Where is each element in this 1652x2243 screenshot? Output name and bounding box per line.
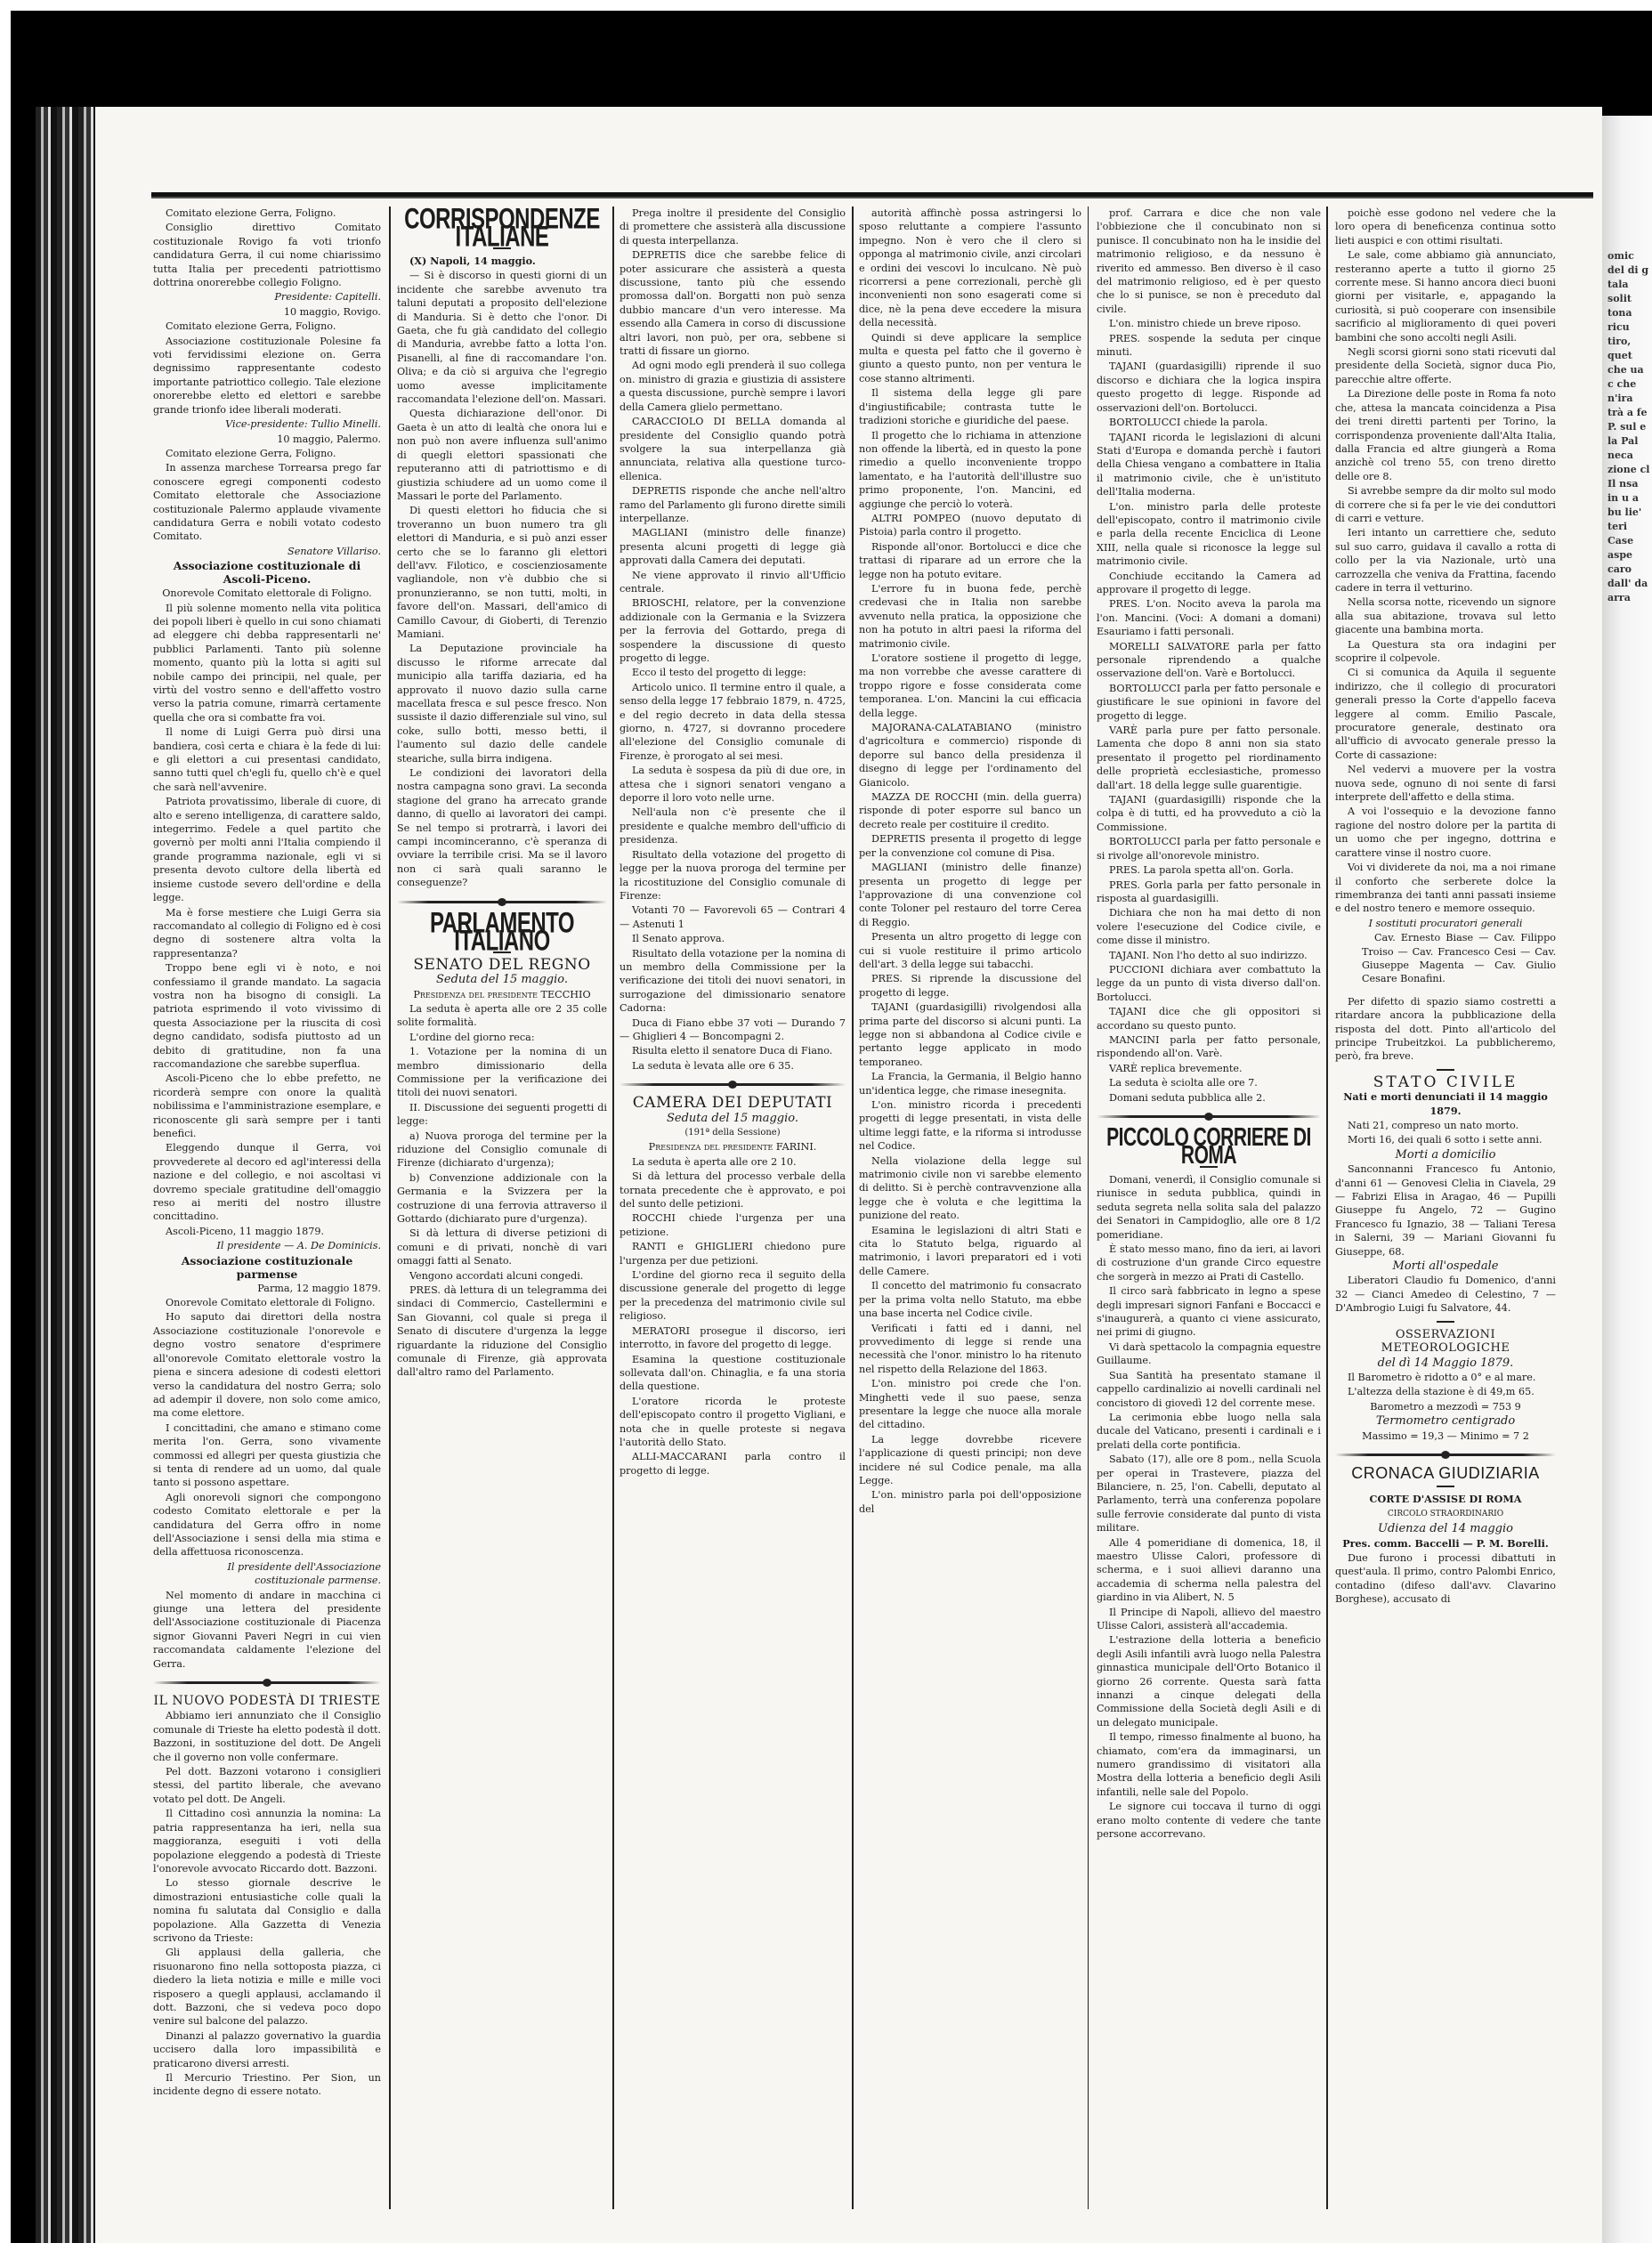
paragraph: Lo stesso giornale descrive le dimostraz…	[153, 1876, 381, 1945]
paragraph: Il concetto del matrimonio fu consacrato…	[859, 1279, 1081, 1320]
paragraph: Ascoli-Piceno che lo ebbe prefetto, ne r…	[153, 1072, 381, 1140]
paragraph: DEPRETIS risponde che anche nell'altro r…	[619, 484, 846, 525]
subheading: Morti all'ospedale	[1335, 1259, 1556, 1273]
paragraph: Quindi si deve applicare la semplice mul…	[859, 331, 1081, 386]
paragraph: Duca di Fiano ebbe 37 voti — Durando 7 —…	[619, 1016, 846, 1044]
meteo-line: L'altezza della stazione è di 49,m 65.	[1335, 1385, 1556, 1398]
signature: Senatore Villariso.	[153, 545, 381, 558]
paragraph: Ecco il testo del progetto di legge:	[619, 666, 846, 679]
death-list: Sanconnanni Francesco fu Antonio, d'anni…	[1335, 1162, 1556, 1259]
paragraph: PUCCIONI dichiara aver combattuto la leg…	[1097, 963, 1321, 1004]
paragraph: L'estrazione della lotteria a beneficio …	[1097, 1633, 1321, 1729]
paragraph: Eleggendo dunque il Gerra, voi provveder…	[153, 1141, 381, 1223]
barometer-reading: Barometro a mezzodì = 753 9	[1335, 1400, 1556, 1413]
paragraph: Il nome di Luigi Gerra può dirsi una ban…	[153, 725, 381, 794]
paragraph: A voi l'ossequio e la devozione fanno ra…	[1335, 805, 1556, 860]
paragraph: Risultato della votazione del progetto d…	[619, 848, 846, 903]
paragraph: BORTOLUCCI parla per fatto personale e s…	[1097, 835, 1321, 862]
vote-label: Votanti	[632, 904, 668, 916]
vote-label: Contrari	[792, 904, 835, 916]
column-divider	[1326, 206, 1328, 2209]
births: Nati 21, compreso un nato morto.	[1335, 1119, 1556, 1132]
section-heading: Associazione costituzionale parmense	[153, 1254, 381, 1281]
paragraph: CARACCIOLO DI BELLA domanda al president…	[619, 415, 846, 483]
paragraph: BORTOLUCCI chiede la parola.	[1097, 416, 1321, 429]
court-name: CORTE D'ASSISE DI ROMA	[1335, 1493, 1556, 1506]
paragraph: Esamina le legislazioni di altri Stati e…	[859, 1224, 1081, 1279]
paragraph: L'ordine del giorno reca:	[397, 1031, 607, 1044]
meteo-date: del dì 14 Maggio 1879.	[1335, 1356, 1556, 1370]
dateline: 10 maggio, Palermo.	[153, 433, 381, 446]
paragraph: Articolo unico. Il termine entro il qual…	[619, 681, 846, 763]
section-divider	[1335, 1453, 1556, 1456]
vote-label: Astenuti	[633, 919, 675, 930]
paragraph: Verificati i fatti ed i danni, nel provv…	[859, 1322, 1081, 1377]
stacked-page-edges	[36, 107, 98, 2243]
paragraph: RANTI e GHIGLIERI chiedono pure l'urgenz…	[619, 1240, 846, 1267]
section-divider	[1097, 1115, 1321, 1118]
paragraph: La Francia, la Germania, il Belgio hanno…	[859, 1070, 1081, 1097]
telegram-heading: Comitato elezione Gerra, Foligno.	[153, 320, 381, 333]
session-number: (191ª della Sessione)	[619, 1126, 846, 1139]
column-5: prof. Carrara e dice che non vale l'obbi…	[1097, 206, 1321, 1842]
section-divider	[397, 901, 607, 903]
paragraph: Vengono accordati alcuni congedi.	[397, 1269, 607, 1283]
paragraph: Domani, venerdì, il Consiglio comunale s…	[1097, 1173, 1321, 1242]
paragraph: prof. Carrara e dice che non vale l'obbi…	[1097, 206, 1321, 316]
column-3: Prega inoltre il presidente del Consigli…	[619, 206, 846, 1478]
section-heading: CORRISPONDENZE ITALIANE	[397, 210, 607, 254]
paragraph: Ad ogni modo egli prenderà il suo colleg…	[619, 359, 846, 414]
column-6: poichè esse godono nel vedere che la lor…	[1335, 206, 1556, 1607]
paragraph: Risponde all'onor. Bortolucci e dice che…	[859, 540, 1081, 581]
paragraph: La seduta è sospesa da più di due ore, i…	[619, 764, 846, 805]
paragraph: Le signore cui toccava il turno di oggi …	[1097, 1800, 1321, 1841]
paragraph: VARÈ replica brevemente.	[1097, 1062, 1321, 1075]
paragraph: BRIOSCHI, relatore, per la convenzione a…	[619, 596, 846, 665]
paragraph: MAJORANA-CALATABIANO (ministro d'agricol…	[859, 721, 1081, 790]
dash-divider	[1437, 1069, 1454, 1071]
paragraph: La seduta è sciolta alle ore 7.	[1097, 1076, 1321, 1089]
circolo: CIRCOLO STRAORDINARIO	[1335, 1508, 1556, 1521]
subsection-heading: SENATO DEL REGNO	[397, 959, 607, 972]
paragraph: Voi vi dividerete da noi, ma a noi riman…	[1335, 861, 1556, 916]
paragraph: Ne viene approvato il rinvio all'Ufficio…	[619, 569, 846, 596]
paragraph: 1. Votazione per la nomina di un membro …	[397, 1045, 607, 1100]
paragraph: L'oratore ricorda le proteste dell'episc…	[619, 1395, 846, 1450]
telegram-body: In assenza marchese Torrearsa prego far …	[153, 461, 381, 543]
section-divider	[619, 1083, 846, 1086]
paragraph: PRES. dà lettura di un telegramma dei si…	[397, 1283, 607, 1380]
dash-divider	[1437, 1486, 1454, 1487]
column-divider	[852, 206, 854, 2209]
signature: Presidente: Capitelli.	[153, 290, 381, 304]
paragraph: TAJANI (guardasigilli) rivolgendosi alla…	[859, 1000, 1081, 1069]
next-page-edge: omic del di g tala solit tona ricu tiro,…	[1602, 116, 1652, 2243]
paragraph: È stato messo mano, fino da ieri, ai lav…	[1097, 1243, 1321, 1283]
subheading: Morti a domicilio	[1335, 1148, 1556, 1162]
paragraph: PRES. Gorla parla per fatto personale in…	[1097, 879, 1321, 906]
section-heading: STATO CIVILE	[1335, 1076, 1556, 1089]
paragraph: Si dà lettura del processo verbale della…	[619, 1170, 846, 1211]
presidency: Presidenza del presidente TECCHIO	[397, 988, 607, 1001]
paragraph: ALLI-MACCARANI parla contro il progetto …	[619, 1450, 846, 1478]
column-divider	[389, 206, 391, 2209]
paragraph: I concittadini, che amano e stimano come…	[153, 1421, 381, 1490]
paragraph: Conchiude eccitando la Camera ad approva…	[1097, 570, 1321, 597]
section-divider	[153, 1681, 381, 1684]
paragraph: TAJANI. Non l'ho detto al suo indirizzo.	[1097, 949, 1321, 962]
paragraph: MAZZA DE ROCCHI (min. della guerra) risp…	[859, 790, 1081, 831]
section-heading: Associazione costituzionale di Ascoli-Pi…	[153, 559, 381, 586]
paragraph: Agli onorevoli signori che compongono co…	[153, 1491, 381, 1559]
paragraph: Il più solenne momento nella vita politi…	[153, 602, 381, 725]
paragraph: Domani seduta pubblica alle 2.	[1097, 1091, 1321, 1105]
telegram-heading: Comitato elezione Gerra, Foligno.	[153, 447, 381, 460]
section-heading: PARLAMENTO ITALIANO	[397, 914, 607, 958]
paragraph: MAGLIANI (ministro delle finanze) presen…	[619, 526, 846, 567]
dateline: Parma, 12 maggio 1879.	[153, 1282, 381, 1295]
paragraph: La Questura sta ora indagini per scoprir…	[1335, 638, 1556, 666]
paragraph: MANCINI parla per fatto personale, rispo…	[1097, 1033, 1321, 1061]
top-rule	[151, 192, 1593, 198]
section-heading: PICCOLO CORRIERE DI ROMA	[1097, 1129, 1321, 1172]
paragraph: Il sistema della legge gli pare d'ingius…	[859, 386, 1081, 427]
paragraph: MORELLI SALVATORE parla per fatto person…	[1097, 640, 1321, 681]
column-divider	[1088, 206, 1089, 2209]
paragraph: L'oratore sostiene il progetto di legge,…	[859, 652, 1081, 720]
paragraph: Le sale, come abbiamo già annunciato, re…	[1335, 248, 1556, 344]
subheading: Termometro centigrado	[1335, 1414, 1556, 1428]
presidency: Pres. comm. Baccelli — P. M. Borelli.	[1335, 1537, 1556, 1551]
paragraph: Il Principe di Napoli, allievo del maest…	[1097, 1606, 1321, 1633]
paragraph: TAJANI ricorda le legislazioni di alcuni…	[1097, 431, 1321, 499]
paragraph: La seduta è levata alle ore 6 35.	[619, 1059, 846, 1073]
session-date: Udienza del 14 maggio	[1335, 1522, 1556, 1535]
stato-intro: Nati e morti denunciati il 14 maggio 187…	[1335, 1090, 1556, 1118]
paragraph: ROCCHI chiede l'urgenza per una petizion…	[619, 1211, 846, 1239]
column-2: CORRISPONDENZE ITALIANE(X) Napoli, 14 ma…	[397, 206, 607, 1381]
note: Per difetto di spazio siamo costretti a …	[1335, 995, 1556, 1064]
paragraph: Negli scorsi giorni sono stati ricevuti …	[1335, 345, 1556, 386]
paragraph: a) Nuova proroga del termine per la ridu…	[397, 1130, 607, 1170]
paragraph: Il tempo, rimesso finalmente al buono, h…	[1097, 1730, 1321, 1799]
telegram-heading: Comitato elezione Gerra, Foligno.	[153, 206, 381, 220]
dateline: Ascoli-Piceno, 11 maggio 1879.	[153, 1225, 381, 1238]
paragraph: La seduta è aperta alle ore 2 35 colle s…	[397, 1002, 607, 1030]
paragraph: Nella violazione della legge sul matrimo…	[859, 1154, 1081, 1223]
paragraph: Le condizioni dei lavoratori della nostr…	[397, 766, 607, 890]
paragraph: II. Discussione dei seguenti progetti di…	[397, 1101, 607, 1129]
paragraph: b) Convenzione addizionale con la German…	[397, 1171, 607, 1227]
column-4: autorità affinchè possa astringersi lo s…	[859, 206, 1081, 1517]
meteo-line: Il Barometro è ridotto a 0° e al mare.	[1335, 1371, 1556, 1384]
paragraph: Nel vedervi a muovere per la vostra nuov…	[1335, 763, 1556, 804]
paragraph: MAGLIANI (ministro delle finanze) presen…	[859, 861, 1081, 929]
section-heading: OSSERVAZIONI METEOROLOGICHE	[1335, 1328, 1556, 1356]
paragraph: Patriota provatissimo, liberale di cuore…	[153, 795, 381, 904]
paragraph: poichè esse godono nel vedere che la lor…	[1335, 206, 1556, 247]
paragraph: MERATORI prosegue il discorso, ieri inte…	[619, 1324, 846, 1352]
paragraph: PRES. Si riprende la discussione del pro…	[859, 972, 1081, 1000]
death-list: Liberatori Claudio fu Domenico, d'anni 3…	[1335, 1274, 1556, 1315]
paragraph: L'errore fu in buona fede, perchè credev…	[859, 582, 1081, 651]
paragraph: Abbiamo ieri annunziato che il Consiglio…	[153, 1709, 381, 1764]
paragraph: PRES. sospende la seduta per cinque minu…	[1097, 332, 1321, 360]
paragraph: Vi darà spettacolo la compagnia equestre…	[1097, 1340, 1321, 1368]
paragraph: Gli applausi della galleria, che risuona…	[153, 1946, 381, 2028]
paragraph: Alle 4 pomeridiane di domenica, 18, il m…	[1097, 1536, 1321, 1605]
paragraph: Questa dichiarazione dell'onor. Di Gaeta…	[397, 407, 607, 503]
paragraph: PRES. La parola spetta all'on. Gorla.	[1097, 863, 1321, 877]
paragraph: Troppo bene egli vi è noto, e noi confes…	[153, 961, 381, 1071]
paragraph: La seduta è aperta alle ore 2 10.	[619, 1155, 846, 1169]
next-page-fragment: omic del di g tala solit tona ricu tiro,…	[1607, 249, 1652, 605]
column-1: Comitato elezione Gerra, Foligno.Consigl…	[153, 206, 381, 2100]
signature: Il presidente — A. De Dominicis.	[153, 1239, 381, 1252]
paragraph: Nella scorsa notte, ricevendo un signore…	[1335, 595, 1556, 636]
vote-label: Favorevoli	[704, 904, 757, 916]
paragraph: Ma è forse mestiere che Luigi Gerra sia …	[153, 906, 381, 961]
paragraph: Risulta eletto il senatore Duca di Fiano…	[619, 1044, 846, 1057]
paragraph: L'ordine del giorno reca il seguito dell…	[619, 1268, 846, 1324]
paragraph: DEPRETIS dice che sarebbe felice di pote…	[619, 248, 846, 358]
salutation: Onorevole Comitato elettorale di Foligno…	[153, 587, 381, 600]
thermometer-reading: Massimo = 19,3 — Minimo = 7 2	[1335, 1429, 1556, 1443]
paragraph: Nell'aula non c'è presente che il presid…	[619, 806, 846, 846]
paragraph: Due furono i processi dibattuti in quest…	[1335, 1551, 1556, 1607]
paragraph: L'on. ministro poi crede che l'on. Mingh…	[859, 1377, 1081, 1432]
signature: Il presidente dell'Associazione costituz…	[153, 1560, 381, 1588]
paragraph: — Si è discorso in questi giorni di un i…	[397, 269, 607, 406]
paragraph: Onorevole Comitato elettorale di Foligno…	[153, 1296, 381, 1309]
paragraph: Il Mercurio Triestino. Per Sion, un inci…	[153, 2071, 381, 2099]
paragraph: L'on. ministro chiede un breve riposo.	[1097, 317, 1321, 330]
paragraph: Di questi elettori ho fiducia che si tro…	[397, 504, 607, 641]
dateline: 10 maggio, Rovigo.	[153, 305, 381, 319]
session-date: Seduta del 15 maggio.	[619, 1112, 846, 1125]
subsection-heading: CAMERA DEI DEPUTATI	[619, 1097, 846, 1110]
paragraph: Il Cittadino così annunzia la nomina: La…	[153, 1807, 381, 1875]
paragraph: La Deputazione provinciale ha discusso l…	[397, 642, 607, 765]
section-heading: CRONACA GIUDIZIARIA	[1335, 1467, 1556, 1480]
paragraph: Pel dott. Bazzoni votarono i consiglieri…	[153, 1765, 381, 1806]
paragraph: L'on. ministro parla delle proteste dell…	[1097, 500, 1321, 569]
paragraph: Il Senato approva.	[619, 932, 846, 945]
vote-value: 1	[678, 919, 684, 930]
paragraph: Dichiara che non ha mai detto di non vol…	[1097, 906, 1321, 947]
paragraph: ALTRI POMPEO (nuovo deputato di Pistoia)…	[859, 512, 1081, 539]
paragraph: Ci si comunica da Aquila il seguente ind…	[1335, 666, 1556, 762]
paragraph: VARÈ parla pure per fatto personale. Lam…	[1097, 724, 1321, 792]
deaths: Morti 16, dei quali 6 sotto i sette anni…	[1335, 1133, 1556, 1146]
paragraph: Si avrebbe sempre da dir molto sul modo …	[1335, 484, 1556, 525]
paragraph: La cerimonia ebbe luogo nella sala ducal…	[1097, 1411, 1321, 1452]
paragraph: Dinanzi al palazzo governativo la guardi…	[153, 2029, 381, 2070]
session-date: Seduta del 15 maggio.	[397, 973, 607, 986]
paragraph: Nel momento di andare in macchina ci giu…	[153, 1589, 381, 1671]
vote-results: Votanti 70 — Favorevoli 65 — Contrari 4 …	[619, 903, 846, 931]
paragraph: TAJANI (guardasigilli) riprende il suo d…	[1097, 360, 1321, 415]
paragraph: Prega inoltre il presidente del Consigli…	[619, 206, 846, 247]
paragraph: Ho saputo dai direttori della nostra Ass…	[153, 1310, 381, 1420]
paragraph: Si dà lettura di diverse petizioni di co…	[397, 1227, 607, 1267]
paragraph: Il progetto che lo richiama in attenzion…	[859, 429, 1081, 511]
paragraph: Presenta un altro progetto di legge con …	[859, 930, 1081, 971]
signatories: Cav. Ernesto Biase — Cav. Filippo Troiso…	[1335, 931, 1556, 986]
paragraph: DEPRETIS presenta il progetto di legge p…	[859, 832, 1081, 860]
paragraph: L'on. ministro ricorda i precedenti prog…	[859, 1098, 1081, 1154]
vote-value: 70	[672, 904, 684, 916]
paragraph: La legge dovrebbe ricevere l'applicazion…	[859, 1433, 1081, 1488]
paragraph: Il circo sarà fabbricato in legno a spes…	[1097, 1284, 1321, 1340]
vote-value: 65	[761, 904, 773, 916]
paragraph: autorità affinchè possa astringersi lo s…	[859, 206, 1081, 330]
paragraph: Sua Santità ha presentato stamane il cap…	[1097, 1369, 1321, 1410]
paragraph: Esamina la questione costituzionale soll…	[619, 1353, 846, 1394]
dateline-lead: (X) Napoli, 14 maggio.	[397, 255, 607, 268]
paragraph: PRES. L'on. Nocito aveva la parola ma l'…	[1097, 597, 1321, 638]
dash-divider	[1437, 1321, 1454, 1323]
telegram-body: Consiglio direttivo Comitato costituzion…	[153, 221, 381, 289]
paragraph: BORTOLUCCI parla per fatto personale e g…	[1097, 682, 1321, 723]
signature-heading: I sostituti procuratori generali	[1335, 917, 1556, 930]
paragraph: La Direzione delle poste in Roma fa noto…	[1335, 387, 1556, 483]
paragraph: L'on. ministro parla poi dell'opposizion…	[859, 1488, 1081, 1516]
presidency: Presidenza del presidente FARINI.	[619, 1140, 846, 1154]
telegram-body: Associazione costituzionale Polesine fa …	[153, 335, 381, 417]
vote-value: 4	[839, 904, 846, 916]
paragraph: TAJANI (guardasigilli) risponde che la c…	[1097, 793, 1321, 834]
signature: Vice-presidente: Tullio Minelli.	[153, 417, 381, 431]
column-divider	[612, 206, 614, 2209]
paragraph: Ieri intanto un carrettiere che, seduto …	[1335, 526, 1556, 595]
section-heading: IL NUOVO PODESTÀ DI TRIESTE	[153, 1695, 381, 1708]
paragraph: Sabato (17), alle ore 8 pom., nella Scuo…	[1097, 1453, 1321, 1534]
paragraph: TAJANI dice che gli oppositori si accord…	[1097, 1005, 1321, 1032]
paragraph: Risultato della votazione per la nomina …	[619, 947, 846, 1016]
